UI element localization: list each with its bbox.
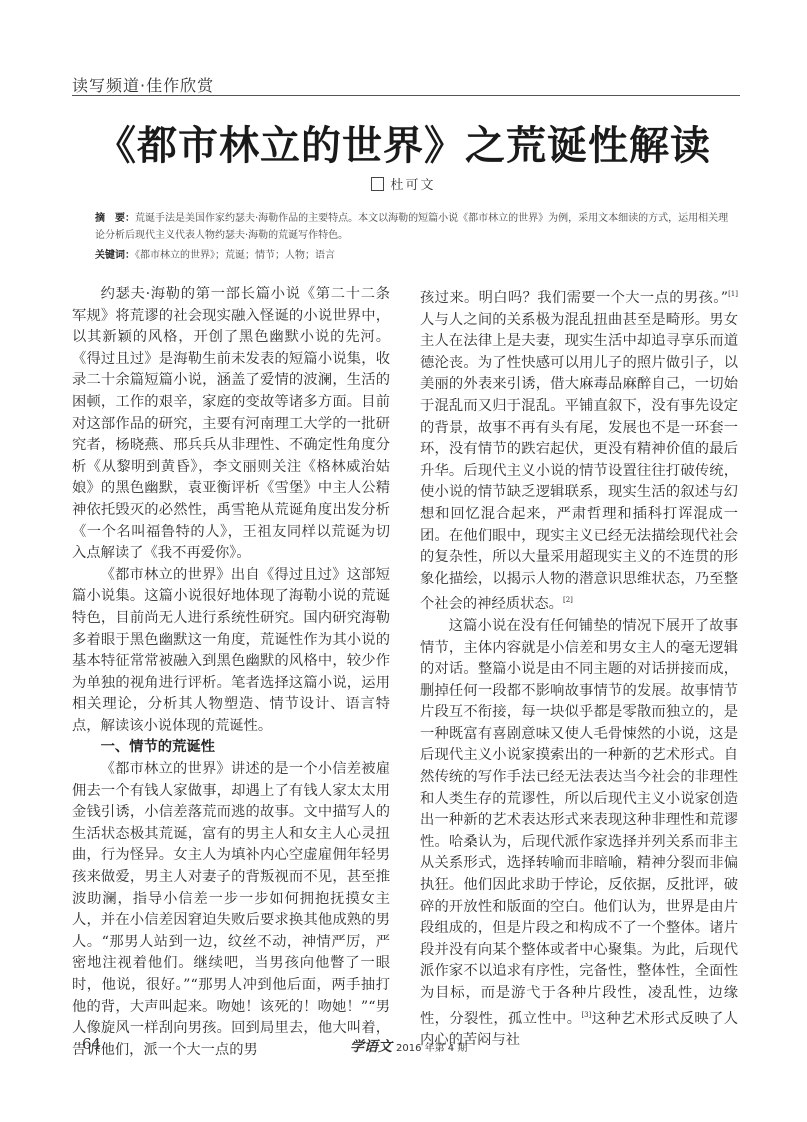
reference-marker: [2] <box>563 596 573 604</box>
paragraph-text: 这篇小说在没有任何铺垫的情况下展开了故事情节，主体内容就是小信差和男女主人的毫无… <box>420 618 738 1027</box>
reference-marker: [3] <box>581 1011 591 1019</box>
paragraph: 孩过来。明白吗？我们需要一个大一点的男孩。”[1]人与人之间的关系极为混乱扭曲甚… <box>420 284 738 616</box>
journal-issue: 2016 年第 4 期 <box>396 1043 467 1054</box>
abstract: 摘 要：荒诞手法是美国作家约瑟夫·海勒作品的主要特点。本文以海勒的短篇小说《都市… <box>95 210 735 244</box>
paragraph: 《都市林立的世界》出自《得过且过》这部短篇小说集。这篇小说很好地体现了海勒小说的… <box>72 565 390 738</box>
paragraph-text: 孩过来。明白吗？我们需要一个大一点的男孩。” <box>420 290 728 306</box>
keywords: 关键词：《都市林立的世界》；荒诞；情节；人物；语言 <box>95 247 735 264</box>
journal-name: 学语文 <box>350 1039 392 1055</box>
paragraph: 这篇小说在没有任何铺垫的情况下展开了故事情节，主体内容就是小信差和男女主人的毫无… <box>420 616 738 1052</box>
journal-footer: 学语文2016 年第 4 期 <box>350 1036 467 1056</box>
keywords-text: 《都市林立的世界》；荒诞；情节；人物；语言 <box>135 250 335 261</box>
author-name: 杜可文 <box>390 178 435 193</box>
author-line: 杜可文 <box>0 174 807 193</box>
article-title: 《都市林立的世界》之荒诞性解读 <box>0 114 807 171</box>
section-tag: 读写频道·佳作欣赏 <box>72 73 214 96</box>
page-number: 64 <box>82 1035 101 1053</box>
right-column: 孩过来。明白吗？我们需要一个大一点的男孩。”[1]人与人之间的关系极为混乱扭曲甚… <box>420 284 738 1052</box>
author-box-icon <box>371 177 384 191</box>
abstract-label: 摘 要： <box>95 213 135 224</box>
paragraph: 约瑟夫·海勒的第一部长篇小说《第二十二条军规》将荒谬的社会现实融入怪诞的小说世界… <box>72 284 390 565</box>
header-rule <box>72 95 740 96</box>
keywords-label: 关键词： <box>95 250 135 261</box>
reference-marker: [1] <box>728 290 738 298</box>
paragraph: 《都市林立的世界》讲述的是一个小信差被雇佣去一个有钱人家做事，却遇上了有钱人家太… <box>72 759 390 1061</box>
abstract-text: 荒诞手法是美国作家约瑟夫·海勒作品的主要特点。本文以海勒的短篇小说《都市林立的世… <box>95 213 728 241</box>
paragraph-text: 人与人之间的关系极为混乱扭曲甚至是畸形。男女主人在法律上是夫妻，现实生活中却追寻… <box>420 312 738 613</box>
left-column: 约瑟夫·海勒的第一部长篇小说《第二十二条军规》将荒谬的社会现实融入怪诞的小说世界… <box>72 284 390 1061</box>
section-heading: 一、情节的荒诞性 <box>72 737 390 759</box>
